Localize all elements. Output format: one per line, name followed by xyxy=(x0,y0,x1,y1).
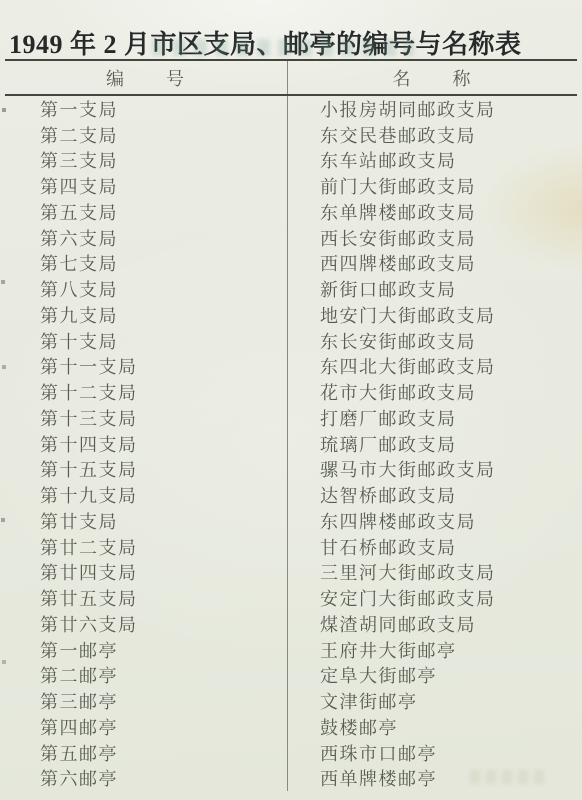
table-row: 第廿二支局甘石桥邮政支局 xyxy=(5,534,577,560)
table-row: 第廿支局东四牌楼邮政支局 xyxy=(5,508,577,534)
table-row: 第六支局西长安街邮政支局 xyxy=(5,225,577,251)
cell-number: 第五支局 xyxy=(5,199,287,225)
column-header-name: 名 称 xyxy=(287,61,577,94)
cell-name: 西珠市口邮亭 xyxy=(287,740,577,766)
cell-name: 新街口邮政支局 xyxy=(287,276,577,302)
cell-name: 花市大街邮政支局 xyxy=(287,379,577,405)
table-row: 第一支局小报房胡同邮政支局 xyxy=(5,96,577,122)
cell-number: 第廿五支局 xyxy=(5,585,287,611)
table-row: 第廿六支局煤渣胡同邮政支局 xyxy=(5,611,577,637)
cell-number: 第廿四支局 xyxy=(5,560,287,586)
table-row: 第十九支局达智桥邮政支局 xyxy=(5,482,577,508)
cell-number: 第十五支局 xyxy=(5,457,287,483)
cell-number: 第七支局 xyxy=(5,251,287,277)
cell-number: 第六邮亭 xyxy=(5,766,287,792)
cell-number: 第十二支局 xyxy=(5,379,287,405)
table-row: 第一邮亭王府井大街邮亭 xyxy=(5,637,577,663)
table-header-row: 编 号 名 称 xyxy=(5,61,577,96)
numbering-table: 编 号 名 称 第一支局小报房胡同邮政支局 第二支局东交民巷邮政支局 第三支局东… xyxy=(5,59,577,791)
cell-name: 三里河大街邮政支局 xyxy=(287,560,577,586)
table-row: 第十二支局花市大街邮政支局 xyxy=(5,379,577,405)
cell-number: 第一邮亭 xyxy=(5,637,287,663)
table-row: 第十四支局琉璃厂邮政支局 xyxy=(5,431,577,457)
cell-number: 第三邮亭 xyxy=(5,688,287,714)
column-header-number: 编 号 xyxy=(5,61,287,94)
scanned-document-page: 1949 年 2 月市区支局、邮亭的编号与名称表 编 号 名 称 第一支局小报房… xyxy=(0,0,582,800)
cell-name: 前门大街邮政支局 xyxy=(287,173,577,199)
cell-name: 打磨厂邮政支局 xyxy=(287,405,577,431)
cell-number: 第十九支局 xyxy=(5,482,287,508)
cell-number: 第九支局 xyxy=(5,302,287,328)
cell-number: 第八支局 xyxy=(5,276,287,302)
cell-name: 骡马市大街邮政支局 xyxy=(287,457,577,483)
cell-name: 小报房胡同邮政支局 xyxy=(287,96,577,122)
table-row: 第三支局东车站邮政支局 xyxy=(5,148,577,174)
table-row: 第九支局地安门大街邮政支局 xyxy=(5,302,577,328)
table-row: 第四支局前门大街邮政支局 xyxy=(5,173,577,199)
cell-name: 甘石桥邮政支局 xyxy=(287,534,577,560)
cell-name: 西四牌楼邮政支局 xyxy=(287,251,577,277)
cell-name: 王府井大街邮亭 xyxy=(287,637,577,663)
cell-name: 定阜大街邮亭 xyxy=(287,663,577,689)
table-row: 第八支局新街口邮政支局 xyxy=(5,276,577,302)
cell-name: 鼓楼邮亭 xyxy=(287,714,577,740)
cell-number: 第三支局 xyxy=(5,148,287,174)
cell-name: 东单牌楼邮政支局 xyxy=(287,199,577,225)
table-row: 第二邮亭定阜大街邮亭 xyxy=(5,663,577,689)
bleedthrough-ghost-text xyxy=(152,39,414,56)
cell-number: 第十一支局 xyxy=(5,354,287,380)
cell-number: 第廿六支局 xyxy=(5,611,287,637)
table-row: 第四邮亭鼓楼邮亭 xyxy=(5,714,577,740)
cell-number: 第十四支局 xyxy=(5,431,287,457)
cell-number: 第一支局 xyxy=(5,96,287,122)
cell-name: 东车站邮政支局 xyxy=(287,148,577,174)
table-row: 第五支局东单牌楼邮政支局 xyxy=(5,199,577,225)
cell-name: 东四牌楼邮政支局 xyxy=(287,508,577,534)
cell-number: 第六支局 xyxy=(5,225,287,251)
table-row: 第三邮亭文津街邮亭 xyxy=(5,688,577,714)
table-row: 第五邮亭西珠市口邮亭 xyxy=(5,740,577,766)
cell-name: 文津街邮亭 xyxy=(287,688,577,714)
table-row: 第二支局东交民巷邮政支局 xyxy=(5,122,577,148)
cell-name: 西单牌楼邮亭 xyxy=(287,766,577,792)
cell-number: 第十支局 xyxy=(5,328,287,354)
scan-artifact-specks xyxy=(0,100,4,104)
cell-number: 第四支局 xyxy=(5,173,287,199)
cell-number: 第十三支局 xyxy=(5,405,287,431)
table-row: 第廿五支局安定门大街邮政支局 xyxy=(5,585,577,611)
table-body: 第一支局小报房胡同邮政支局 第二支局东交民巷邮政支局 第三支局东车站邮政支局 第… xyxy=(5,96,577,791)
table-row: 第十三支局打磨厂邮政支局 xyxy=(5,405,577,431)
cell-number: 第廿支局 xyxy=(5,508,287,534)
cell-number: 第二支局 xyxy=(5,122,287,148)
cell-number: 第廿二支局 xyxy=(5,534,287,560)
table-row: 第六邮亭西单牌楼邮亭 xyxy=(5,766,577,792)
cell-name: 东长安街邮政支局 xyxy=(287,328,577,354)
cell-number: 第四邮亭 xyxy=(5,714,287,740)
table-row: 第廿四支局三里河大街邮政支局 xyxy=(5,560,577,586)
cell-name: 达智桥邮政支局 xyxy=(287,482,577,508)
cell-name: 煤渣胡同邮政支局 xyxy=(287,611,577,637)
cell-name: 西长安街邮政支局 xyxy=(287,225,577,251)
table-row: 第七支局西四牌楼邮政支局 xyxy=(5,251,577,277)
table-row: 第十一支局东四北大街邮政支局 xyxy=(5,354,577,380)
cell-number: 第二邮亭 xyxy=(5,663,287,689)
cell-number: 第五邮亭 xyxy=(5,740,287,766)
cell-name: 东交民巷邮政支局 xyxy=(287,122,577,148)
cell-name: 东四北大街邮政支局 xyxy=(287,354,577,380)
cell-name: 琉璃厂邮政支局 xyxy=(287,431,577,457)
cell-name: 地安门大街邮政支局 xyxy=(287,302,577,328)
table-row: 第十五支局骡马市大街邮政支局 xyxy=(5,457,577,483)
table-row: 第十支局东长安街邮政支局 xyxy=(5,328,577,354)
cell-name: 安定门大街邮政支局 xyxy=(287,585,577,611)
